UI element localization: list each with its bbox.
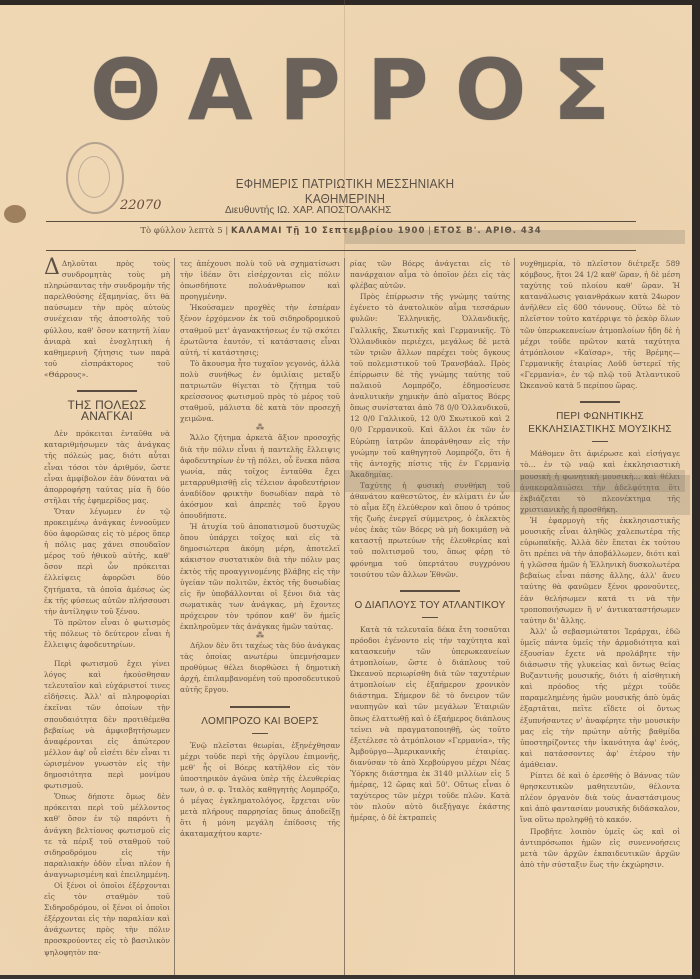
column-1: ΔΔηλοῦται πρὸς τοὺς συνδρομητὰς τοὺς μὴ …: [44, 258, 170, 958]
paragraph: Ταχύτης ἡ φυσικὴ συνθήκη τοῦ ἀθανάτου κα…: [350, 480, 510, 580]
masthead-letter: Θ: [90, 48, 161, 132]
section-divider: [400, 590, 460, 592]
newspaper-page: Θ Α Ρ Ρ Ο Σ 22070 ΕΦΗΜΕΡΙΣ ΠΑΤΡΙΩΤΙΚΗ ΜΕ…: [0, 0, 697, 975]
column-3: ρίας τῶν Βόερς ἀνάγεται εἰς τὸ πανάρχαιο…: [350, 258, 510, 824]
paragraph: Κατὰ τὰ τελευταῖα δέκα ἔτη τοσαῦται πρόο…: [350, 624, 510, 824]
paragraph: Περὶ φωτισμοῦ ἔχει γίνει λόγος καὶ ἠκούσ…: [44, 658, 170, 791]
paragraph: Τὸ πρῶτον εἶναι ὁ φωτισμὸς τῆς πόλεως τὸ…: [44, 617, 170, 650]
header-rule-top: [46, 221, 636, 222]
paragraph: Ἠκούσαμεν προχθὲς τὴν ἑσπέραν ξένον ἐρχό…: [180, 302, 340, 357]
masthead-letter: Ο: [455, 48, 526, 132]
paragraph: Ὅπως δήποτε ὅμως δὲν πρόκειται περὶ τοῦ …: [44, 791, 170, 880]
headline-underline: [422, 617, 438, 618]
section-divider: [580, 401, 620, 403]
paragraph: Δὲν πρόκειται ἐνταῦθα νὰ καταριθμήσωμεν …: [44, 428, 170, 506]
paragraph: Τὸ ἄκουσμα ἦτο τυχαῖον γεγονός, ἀλλὰ πολ…: [180, 358, 340, 425]
paragraph: Δῆλον δὲν ὅτι ταχέως τὰς δύο ἀνάγκας τὰς…: [180, 640, 340, 695]
paragraph: Ἀλλ' ὦ σεβασμιώτατοι Ἱεράρχαι, ἐδῶ ὑμεῖς…: [520, 626, 680, 770]
paper-stain: [4, 205, 26, 223]
column-rule: [344, 258, 345, 975]
paragraph: νυχθημερία, τὸ πλεῖστον διέτρεξε 589 κόμ…: [520, 258, 680, 391]
library-stamp-icon: [66, 142, 124, 214]
headline-lombroso-boers: ΛΟΜΠΡΟΖΟ ΚΑΙ ΒΟΕΡΣ: [180, 716, 340, 727]
column-4: νυχθημερία, τὸ πλεῖστον διέτρεξε 589 κόμ…: [520, 258, 680, 870]
section-divider: [77, 390, 137, 392]
scan-top-edge: [0, 0, 697, 5]
headline-underline: [592, 441, 608, 442]
tape-smudge: [520, 475, 690, 515]
headline-city-needs: ΤΗΣ ΠΟΛΕΩΣ ΑΝΑΓΚΑΙ: [44, 400, 170, 422]
column-2: τες ἀπέχουσι πολὺ τοῦ νὰ σχηματίσωσι τὴν…: [180, 258, 340, 840]
newspaper-subtitle: ΕΦΗΜΕΡΙΣ ΠΑΤΡΙΩΤΙΚΗ ΜΕΣΣΗΝΙΑΚΗ ΚΑΘΗΜΕΡΙΝ…: [197, 176, 494, 206]
column-rule: [174, 258, 175, 975]
tape-smudge: [345, 230, 685, 244]
masthead-letter: Ρ: [367, 48, 429, 132]
column-rule: [514, 258, 515, 975]
header-rule-bottom: [46, 250, 636, 251]
handwritten-catalog-number: 22070: [120, 198, 161, 213]
asterism: ⁂: [180, 424, 340, 432]
paragraph: Προβῆτε λοιπὸν ὑμεῖς ὡς καὶ οἱ ἀντιπρόσω…: [520, 826, 680, 870]
headline-music-line2: ΕΚΚΛΗΣΙΑΣΤΙΚΗΣ ΜΟΥΣΙΚΗΣ: [520, 424, 680, 435]
masthead-title: Θ Α Ρ Ρ Ο Σ: [90, 50, 610, 130]
headline-music-line1: ΠΕΡΙ ΦΩΝΗΤΙΚΗΣ: [520, 411, 680, 422]
section-divider: [230, 706, 290, 708]
paragraph: Ἄλλο ζήτημα ἀρκετὰ ἄξιον προσοχῆς διὰ τὴ…: [180, 432, 340, 521]
paragraph: Ἡ ἀτυχία τοῦ ἀποπατισμοῦ δυστυχῶς ὅπου ὑ…: [180, 521, 340, 632]
paragraph: Ἡ ἐφαρμογὴ τῆς ἐκκλησιαστικῆς μουσικῆς ε…: [520, 515, 680, 626]
headline-underline: [252, 733, 268, 734]
paragraph: Ἐνῷ πλεῖσται θεωρίαι, ἐξηνέχθησαν μέχρι …: [180, 740, 340, 840]
masthead-letter: Σ: [553, 48, 610, 132]
paragraph: Οἱ ξένοι οἱ ὁποῖοι ἐξέρχονται εἰς τὸν στ…: [44, 880, 170, 958]
subscriber-notice: ΔΔηλοῦται πρὸς τοὺς συνδρομητὰς τοὺς μὴ …: [44, 258, 170, 380]
paragraph: Ρίπτει δὲ καὶ ὁ ἐρεσθὴς ὁ Βάννας τῶν θρη…: [520, 770, 680, 825]
newspaper-director: Διευθυντής ΙΩ. ΧΑΡ. ΑΠΟΣΤΟΛΑΚΗΣ: [225, 205, 445, 216]
headline-atlantic-crossing: Ο ΔΙΑΠΛΟΥΣ ΤΟΥ ΑΤΛΑΝΤΙΚΟΥ: [350, 600, 510, 611]
masthead-letter: Α: [188, 48, 253, 132]
masthead-letter: Ρ: [279, 48, 341, 132]
asterism: ⁂: [180, 632, 340, 640]
paragraph: Ὅταν λέγωμεν ἐν τῷ προκειμένῳ ἀνάγκας ἐν…: [44, 506, 170, 617]
paragraph: τες ἀπέχουσι πολὺ τοῦ νὰ σχηματίσωσι τὴν…: [180, 258, 340, 302]
paragraph: Πρὸς ἐπίρρωσιν τῆς γνώμης ταύτης ἐγένετο…: [350, 291, 510, 480]
paragraph: ρίας τῶν Βόερς ἀνάγεται εἰς τὸ πανάρχαιο…: [350, 258, 510, 291]
dateline-price: Τὸ φύλλον λεπτὰ 5: [140, 226, 222, 236]
scan-right-edge: [692, 0, 700, 979]
